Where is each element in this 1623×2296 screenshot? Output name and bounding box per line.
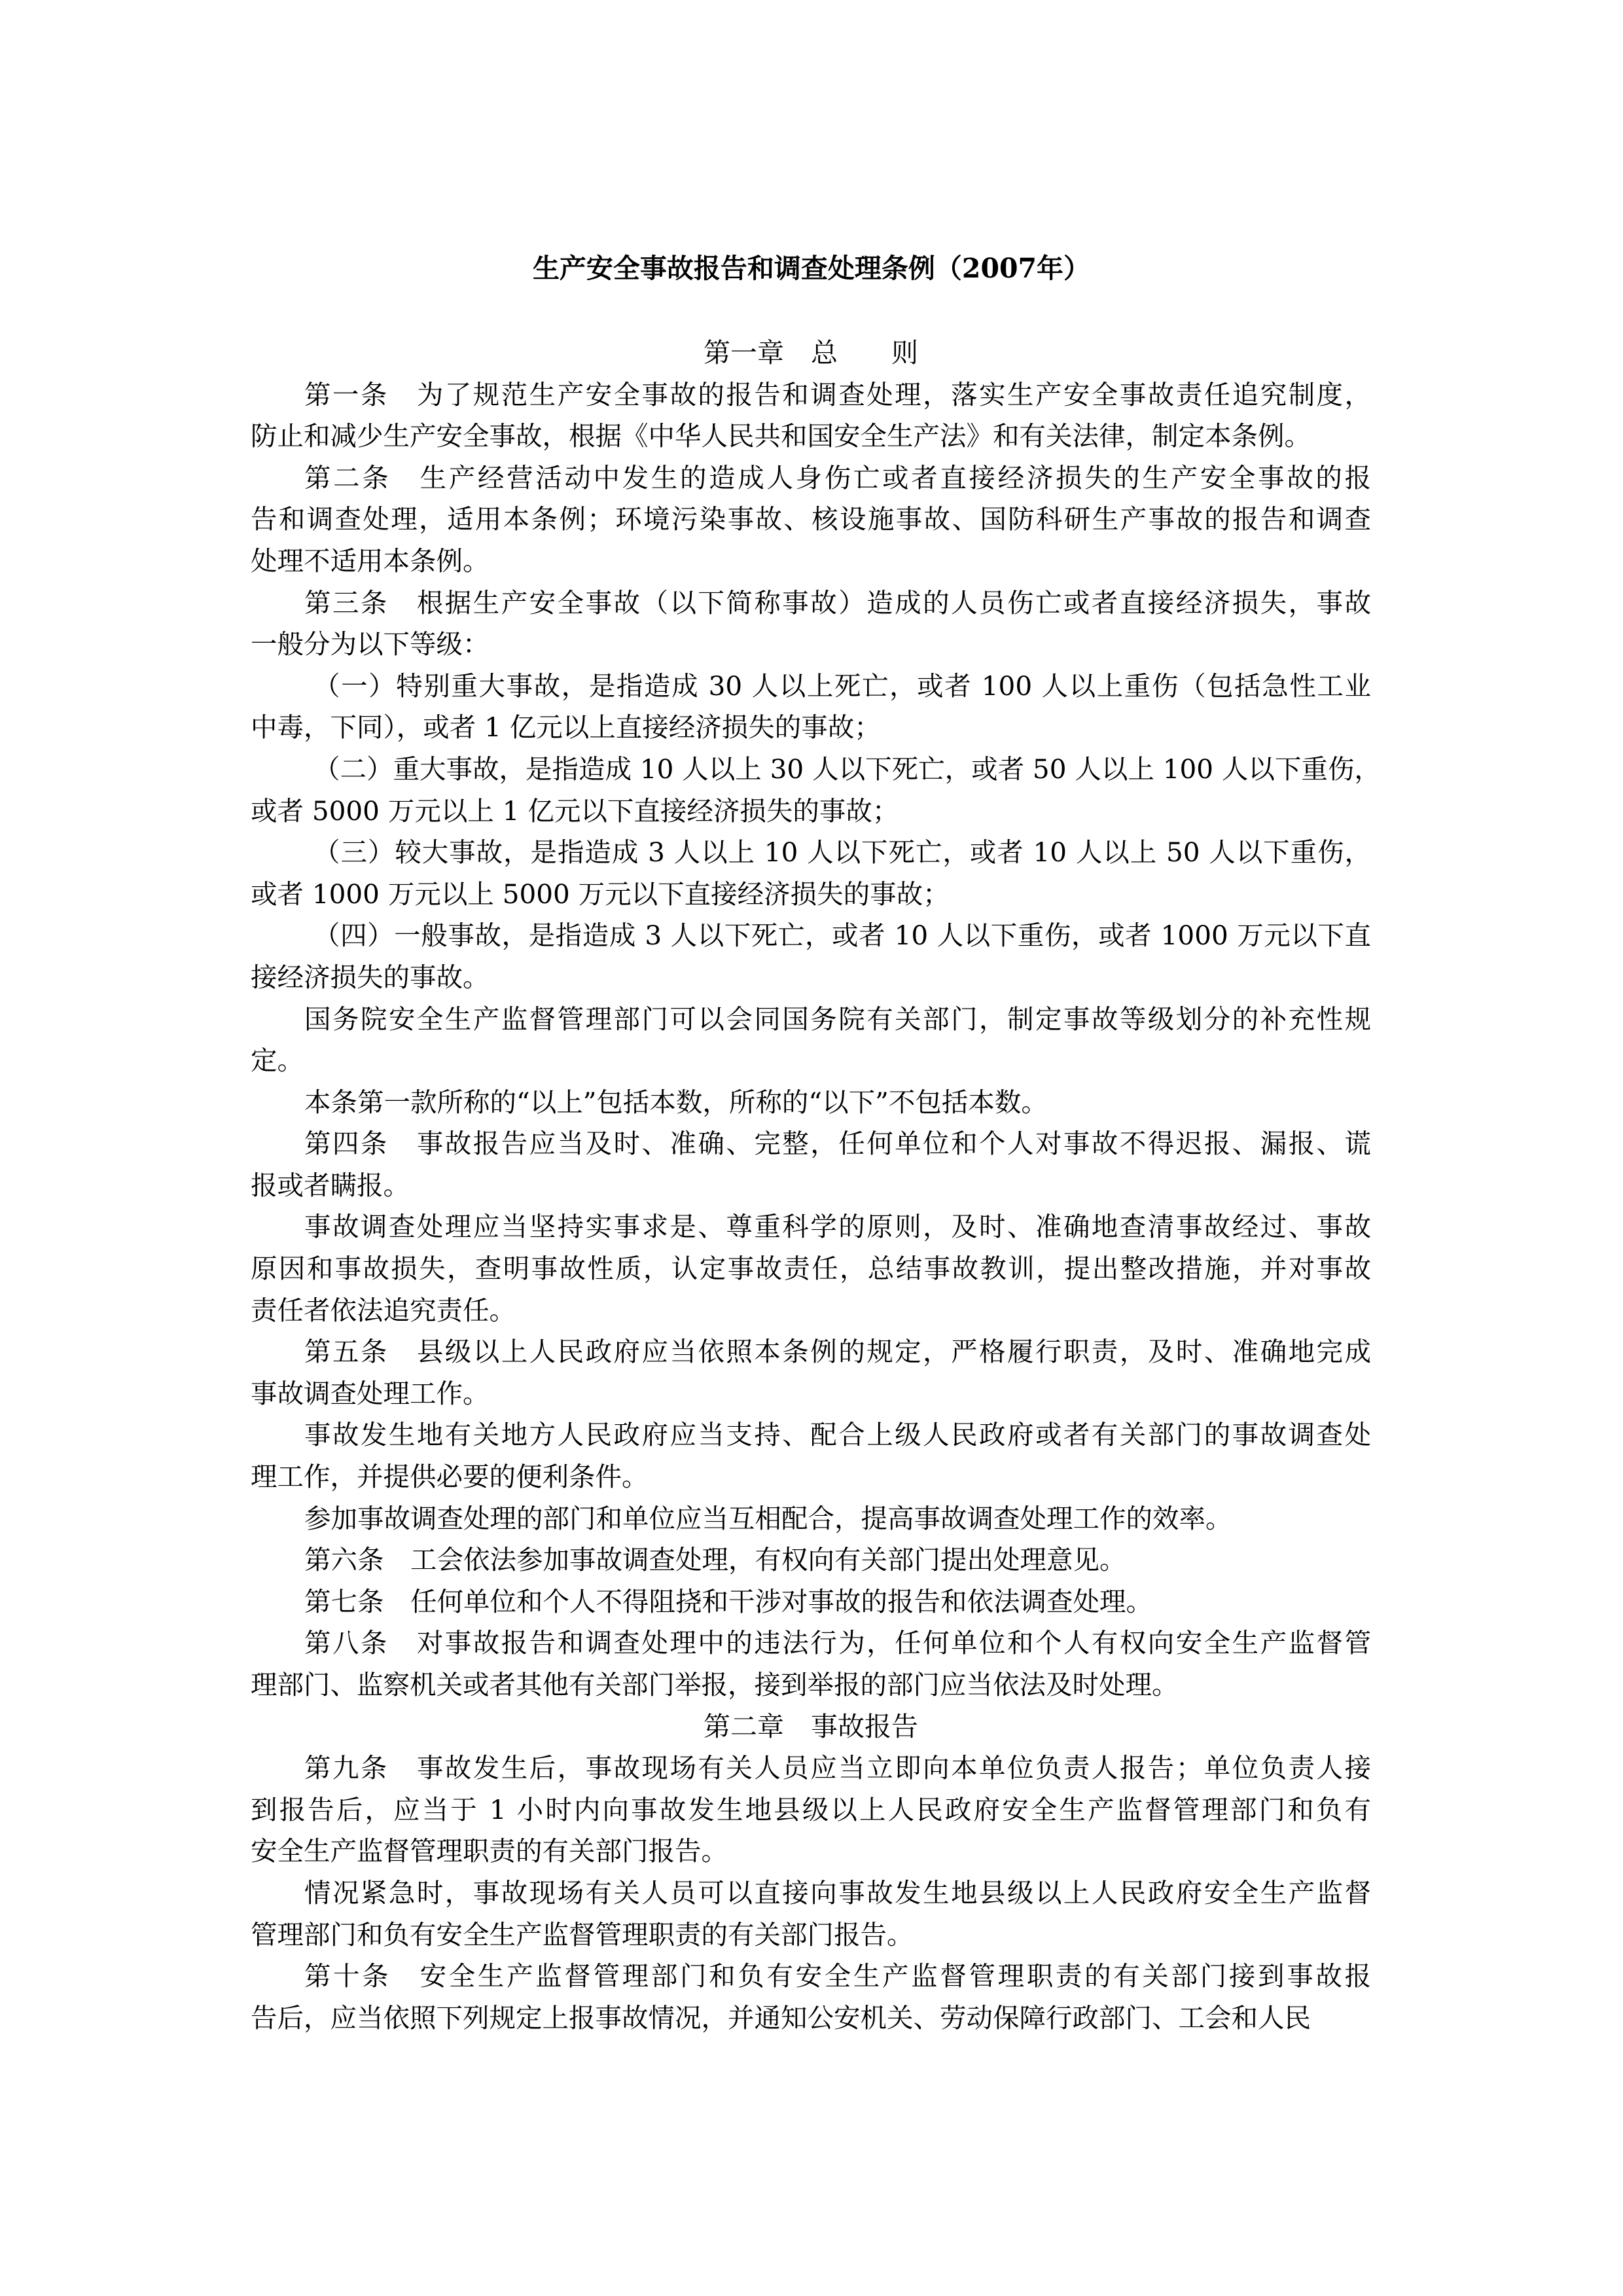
- grade-item-paragraph: （四）一般事故，是指造成 3 人以下死亡，或者 10 人以下重伤，或者 1000…: [251, 915, 1371, 998]
- text-line: 到报告后，应当于 1 小时内向事故发生地县级以上人民政府安全生产监督管理部门和负…: [251, 1789, 1371, 1831]
- article-paragraph: 本条第一款所称的“以上”包括本数，所称的“以下”不包括本数。: [251, 1082, 1371, 1124]
- article-paragraph: 第三条 根据生产安全事故（以下简称事故）造成的人员伤亡或者直接经济损失，事故一般…: [251, 583, 1371, 666]
- text-line: 一般分为以下等级：: [251, 624, 1371, 666]
- text-line: 第三条 根据生产安全事故（以下简称事故）造成的人员伤亡或者直接经济损失，事故: [251, 583, 1371, 624]
- grade-item-paragraph: （三）较大事故，是指造成 3 人以上 10 人以下死亡，或者 10 人以上 50…: [251, 832, 1371, 915]
- document-body: 第一章 总 则第一条 为了规范生产安全事故的报告和调查处理，落实生产安全事故责任…: [251, 332, 1371, 2039]
- text-line: 处理不适用本条例。: [251, 541, 1371, 583]
- text-line: 报或者瞒报。: [251, 1165, 1371, 1207]
- article-paragraph: 第七条 任何单位和个人不得阻挠和干涉对事故的报告和依法调查处理。: [251, 1581, 1371, 1623]
- article-paragraph: 第一条 为了规范生产安全事故的报告和调查处理，落实生产安全事故责任追究制度，防止…: [251, 374, 1371, 457]
- article-paragraph: 第五条 县级以上人民政府应当依照本条例的规定，严格履行职责，及时、准确地完成事故…: [251, 1331, 1371, 1414]
- text-line: 告后，应当依照下列规定上报事故情况，并通知公安机关、劳动保障行政部门、工会和人民: [251, 1998, 1371, 2039]
- text-line: 国务院安全生产监督管理部门可以会同国务院有关部门，制定事故等级划分的补充性规: [251, 999, 1371, 1041]
- text-line: （四）一般事故，是指造成 3 人以下死亡，或者 10 人以下重伤，或者 1000…: [251, 915, 1371, 957]
- text-line: 理部门、监察机关或者其他有关部门举报，接到举报的部门应当依法及时处理。: [251, 1664, 1371, 1706]
- text-line: 接经济损失的事故。: [251, 957, 1371, 999]
- article-paragraph: 情况紧急时，事故现场有关人员可以直接向事故发生地县级以上人民政府安全生产监督管理…: [251, 1873, 1371, 1956]
- article-paragraph: 国务院安全生产监督管理部门可以会同国务院有关部门，制定事故等级划分的补充性规定。: [251, 999, 1371, 1082]
- text-line: 定。: [251, 1040, 1371, 1082]
- text-line: 或者 5000 万元以上 1 亿元以下直接经济损失的事故；: [251, 791, 1371, 833]
- text-line: 第七条 任何单位和个人不得阻挠和干涉对事故的报告和依法调查处理。: [251, 1581, 1371, 1623]
- text-line: 或者 1000 万元以上 5000 万元以下直接经济损失的事故；: [251, 874, 1371, 916]
- text-line: 第四条 事故报告应当及时、准确、完整，任何单位和个人对事故不得迟报、漏报、谎: [251, 1123, 1371, 1165]
- article-paragraph: 第二条 生产经营活动中发生的造成人身伤亡或者直接经济损失的生产安全事故的报告和调…: [251, 457, 1371, 583]
- text-line: （二）重大事故，是指造成 10 人以上 30 人以下死亡，或者 50 人以上 1…: [251, 749, 1371, 791]
- text-line: 第六条 工会依法参加事故调查处理，有权向有关部门提出处理意见。: [251, 1539, 1371, 1581]
- text-line: 第二条 生产经营活动中发生的造成人身伤亡或者直接经济损失的生产安全事故的报: [251, 457, 1371, 499]
- article-paragraph: 第六条 工会依法参加事故调查处理，有权向有关部门提出处理意见。: [251, 1539, 1371, 1581]
- text-line: 中毒，下同），或者 1 亿元以上直接经济损失的事故；: [251, 707, 1371, 749]
- article-paragraph: 事故发生地有关地方人民政府应当支持、配合上级人民政府或者有关部门的事故调查处理工…: [251, 1414, 1371, 1498]
- text-line: 第一条 为了规范生产安全事故的报告和调查处理，落实生产安全事故责任追究制度，: [251, 374, 1371, 416]
- text-line: 事故调查处理应当坚持实事求是、尊重科学的原则，及时、准确地查清事故经过、事故: [251, 1206, 1371, 1248]
- text-line: （三）较大事故，是指造成 3 人以上 10 人以下死亡，或者 10 人以上 50…: [251, 832, 1371, 874]
- text-line: （一）特别重大事故，是指造成 30 人以上死亡，或者 100 人以上重伤（包括急…: [251, 666, 1371, 708]
- text-line: 第八条 对事故报告和调查处理中的违法行为，任何单位和个人有权向安全生产监督管: [251, 1623, 1371, 1664]
- text-line: 理工作，并提供必要的便利条件。: [251, 1456, 1371, 1498]
- text-line: 原因和事故损失，查明事故性质，认定事故责任，总结事故教训，提出整改措施，并对事故: [251, 1248, 1371, 1290]
- article-paragraph: 第九条 事故发生后，事故现场有关人员应当立即向本单位负责人报告；单位负责人接到报…: [251, 1748, 1371, 1873]
- article-paragraph: 第四条 事故报告应当及时、准确、完整，任何单位和个人对事故不得迟报、漏报、谎报或…: [251, 1123, 1371, 1206]
- article-paragraph: 第十条 安全生产监督管理部门和负有安全生产监督管理职责的有关部门接到事故报告后，…: [251, 1956, 1371, 2039]
- text-line: 管理部门和负有安全生产监督管理职责的有关部门报告。: [251, 1914, 1371, 1956]
- text-line: 安全生产监督管理职责的有关部门报告。: [251, 1831, 1371, 1873]
- text-line: 责任者依法追究责任。: [251, 1290, 1371, 1332]
- text-line: 事故调查处理工作。: [251, 1373, 1371, 1415]
- document-page: 生产安全事故报告和调查处理条例（2007年） 第一章 总 则第一条 为了规范生产…: [0, 0, 1623, 2296]
- text-line: 事故发生地有关地方人民政府应当支持、配合上级人民政府或者有关部门的事故调查处: [251, 1414, 1371, 1456]
- text-line: 情况紧急时，事故现场有关人员可以直接向事故发生地县级以上人民政府安全生产监督: [251, 1873, 1371, 1914]
- grade-item-paragraph: （二）重大事故，是指造成 10 人以上 30 人以下死亡，或者 50 人以上 1…: [251, 749, 1371, 832]
- chapter-heading: 第一章 总 则: [251, 332, 1371, 374]
- text-line: 第五条 县级以上人民政府应当依照本条例的规定，严格履行职责，及时、准确地完成: [251, 1331, 1371, 1373]
- text-line: 本条第一款所称的“以上”包括本数，所称的“以下”不包括本数。: [251, 1082, 1371, 1124]
- grade-item-paragraph: （一）特别重大事故，是指造成 30 人以上死亡，或者 100 人以上重伤（包括急…: [251, 666, 1371, 749]
- text-line: 防止和减少生产安全事故，根据《中华人民共和国安全生产法》和有关法律，制定本条例。: [251, 416, 1371, 457]
- article-paragraph: 第八条 对事故报告和调查处理中的违法行为，任何单位和个人有权向安全生产监督管理部…: [251, 1623, 1371, 1706]
- article-paragraph: 参加事故调查处理的部门和单位应当互相配合，提高事故调查处理工作的效率。: [251, 1498, 1371, 1540]
- article-paragraph: 事故调查处理应当坚持实事求是、尊重科学的原则，及时、准确地查清事故经过、事故原因…: [251, 1206, 1371, 1331]
- document-title: 生产安全事故报告和调查处理条例（2007年）: [0, 249, 1623, 288]
- text-line: 告和调查处理，适用本条例；环境污染事故、核设施事故、国防科研生产事故的报告和调查: [251, 499, 1371, 541]
- text-line: 第九条 事故发生后，事故现场有关人员应当立即向本单位负责人报告；单位负责人接: [251, 1748, 1371, 1789]
- chapter-heading: 第二章 事故报告: [251, 1706, 1371, 1748]
- text-line: 第十条 安全生产监督管理部门和负有安全生产监督管理职责的有关部门接到事故报: [251, 1956, 1371, 1998]
- text-line: 参加事故调查处理的部门和单位应当互相配合，提高事故调查处理工作的效率。: [251, 1498, 1371, 1540]
